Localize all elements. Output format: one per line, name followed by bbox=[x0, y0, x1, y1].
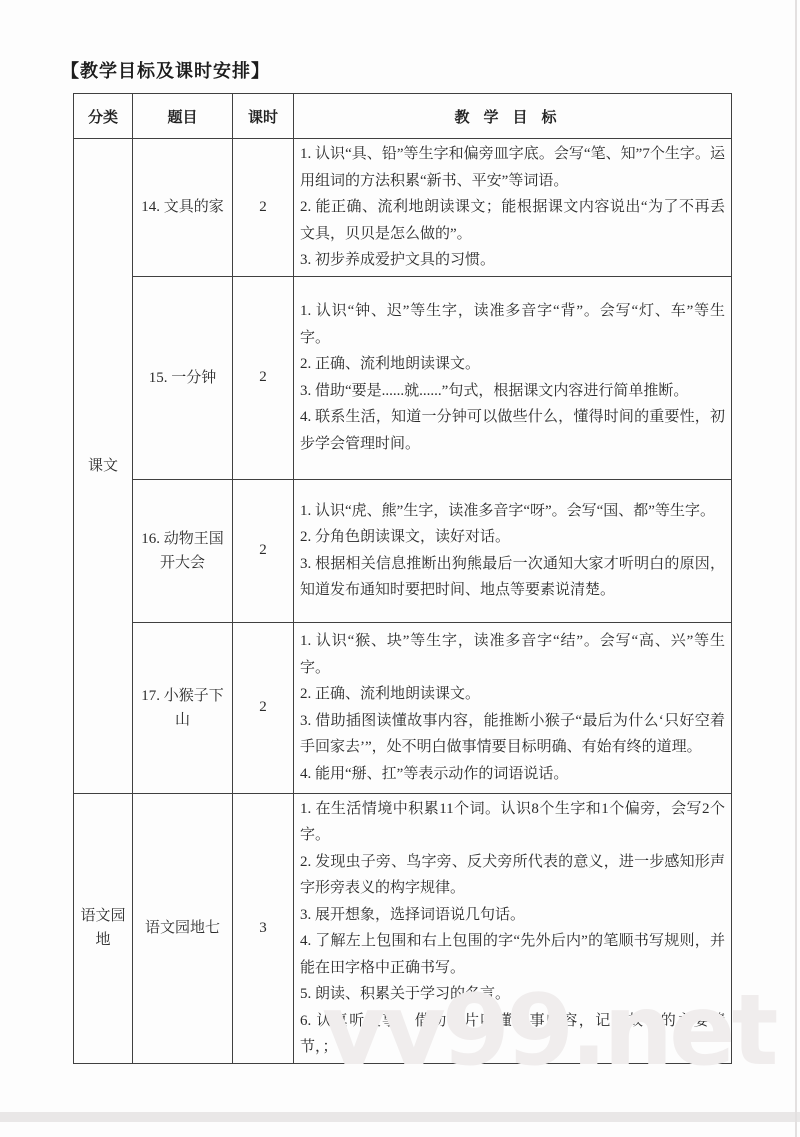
objective-item: 4. 能用“掰、扛”等表示动作的词语说话。 bbox=[300, 761, 725, 788]
objective-item: 2. 分角色朗读课文，读好对话。 bbox=[300, 524, 725, 551]
col-header-category: 分类 bbox=[74, 94, 133, 139]
lesson-title-cell: 语文园地七 bbox=[133, 793, 233, 1063]
objective-item: 1. 在生活情境中积累11个词。认识8个生字和1个偏旁，会写2个字。 bbox=[300, 796, 725, 849]
objectives-cell: 1. 认识“猴、块”等生字，读准多音字“结”。会写“高、兴”等生字。 2. 正确… bbox=[294, 622, 732, 793]
objective-item: 3. 借助“要是......就......”句式，根据课文内容进行简单推断。 bbox=[300, 378, 725, 405]
page-edge-line bbox=[795, 0, 797, 1137]
objective-item: 1. 认识“钟、迟”等生字，读准多音字“背”。会写“灯、车”等生字。 bbox=[300, 298, 725, 351]
objective-item: 4. 联系生活，知道一分钟可以做些什么，懂得时间的重要性，初步学会管理时间。 bbox=[300, 404, 725, 457]
hours-cell: 2 bbox=[233, 479, 294, 622]
document-page: 【教学目标及课时安排】 分类 题目 课时 教学目标 课文 14. 文具的家 2 … bbox=[0, 0, 800, 1137]
hours-cell: 3 bbox=[233, 793, 294, 1063]
table-header-row: 分类 题目 课时 教学目标 bbox=[74, 94, 732, 139]
objective-item: 3. 展开想象，选择词语说几句话。 bbox=[300, 902, 725, 929]
objective-item: 2. 正确、流利地朗读课文。 bbox=[300, 681, 725, 708]
objective-item: 3. 借助插图读懂故事内容，能推断小猴子“最后为什么‘只好空着手回家去’”，处不… bbox=[300, 708, 725, 761]
table-row: 17. 小猴子下山 2 1. 认识“猴、块”等生字，读准多音字“结”。会写“高、… bbox=[74, 622, 732, 793]
objective-item: 1. 认识“具、铅”等生字和偏旁皿字底。会写“笔、知”7个生字。运用组词的方法积… bbox=[300, 141, 725, 194]
col-header-hours: 课时 bbox=[233, 94, 294, 139]
objective-item: 1. 认识“猴、块”等生字，读准多音字“结”。会写“高、兴”等生字。 bbox=[300, 628, 725, 681]
hours-cell: 2 bbox=[233, 276, 294, 479]
table-row: 语文园地 语文园地七 3 1. 在生活情境中积累11个词。认识8个生字和1个偏旁… bbox=[74, 793, 732, 1063]
lesson-title-cell: 15. 一分钟 bbox=[133, 276, 233, 479]
table-row: 16. 动物王国开大会 2 1. 认识“虎、熊”生字，读准多音字“呀”。会写“国… bbox=[74, 479, 732, 622]
objective-item: 6. 认真听故事，借助图片听懂故事内容，记住故事的主要情节，； bbox=[300, 1008, 725, 1061]
objectives-cell: 1. 在生活情境中积累11个词。认识8个生字和1个偏旁，会写2个字。 2. 发现… bbox=[294, 793, 732, 1063]
table-row: 15. 一分钟 2 1. 认识“钟、迟”等生字，读准多音字“背”。会写“灯、车”… bbox=[74, 276, 732, 479]
lesson-plan-table: 分类 题目 课时 教学目标 课文 14. 文具的家 2 1. 认识“具、铅”等生… bbox=[73, 93, 732, 1064]
objective-item: 3. 根据相关信息推断出狗熊最后一次通知大家才听明白的原因，知道发布通知时要把时… bbox=[300, 551, 725, 604]
objective-item: 3. 初步养成爱护文具的习惯。 bbox=[300, 247, 725, 274]
objective-item: 2. 发现虫子旁、鸟字旁、反犬旁所代表的意义，进一步感知形声字形旁表义的构字规律… bbox=[300, 849, 725, 902]
objective-item: 5. 朗读、积累关于学习的名言。 bbox=[300, 981, 725, 1008]
table-row: 课文 14. 文具的家 2 1. 认识“具、铅”等生字和偏旁皿字底。会写“笔、知… bbox=[74, 139, 732, 277]
hours-cell: 2 bbox=[233, 139, 294, 277]
hours-cell: 2 bbox=[233, 622, 294, 793]
col-header-title: 题目 bbox=[133, 94, 233, 139]
lesson-title-cell: 16. 动物王国开大会 bbox=[133, 479, 233, 622]
objectives-cell: 1. 认识“具、铅”等生字和偏旁皿字底。会写“笔、知”7个生字。运用组词的方法积… bbox=[294, 139, 732, 277]
objectives-cell: 1. 认识“钟、迟”等生字，读准多音字“背”。会写“灯、车”等生字。 2. 正确… bbox=[294, 276, 732, 479]
lesson-title-cell: 14. 文具的家 bbox=[133, 139, 233, 277]
col-header-objectives: 教学目标 bbox=[294, 94, 732, 139]
section-title: 【教学目标及课时安排】 bbox=[61, 57, 270, 83]
objective-item: 2. 正确、流利地朗读课文。 bbox=[300, 351, 725, 378]
objective-item: 2. 能正确、流利地朗读课文；能根据课文内容说出“为了不再丢文具，贝贝是怎么做的… bbox=[300, 194, 725, 247]
objective-item: 4. 了解左上包围和右上包围的字“先外后内”的笔顺书写规则，并能在田字格中正确书… bbox=[300, 928, 725, 981]
objective-item: 1. 认识“虎、熊”生字，读准多音字“呀”。会写“国、都”等生字。 bbox=[300, 498, 725, 525]
page-separator bbox=[0, 1112, 800, 1122]
objectives-cell: 1. 认识“虎、熊”生字，读准多音字“呀”。会写“国、都”等生字。 2. 分角色… bbox=[294, 479, 732, 622]
lesson-title-cell: 17. 小猴子下山 bbox=[133, 622, 233, 793]
category-cell-text: 课文 bbox=[74, 139, 133, 794]
category-cell-text: 语文园地 bbox=[74, 793, 133, 1063]
